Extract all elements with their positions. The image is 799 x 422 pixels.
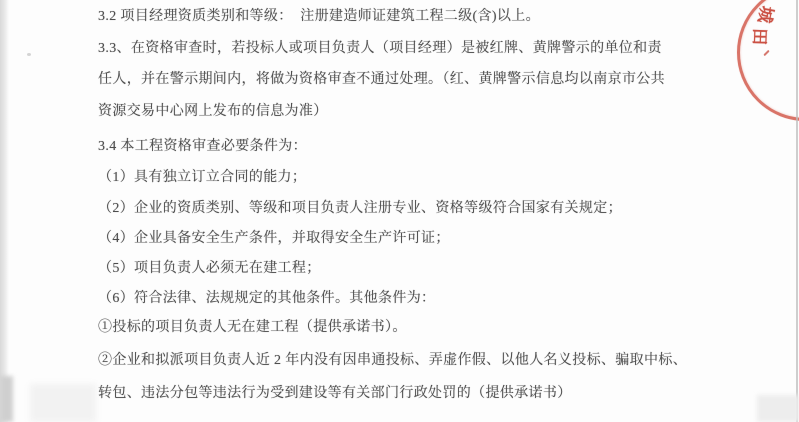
text-line: 3.4 本工程资格审查必要条件为： bbox=[98, 138, 307, 155]
scan-edge-right-line bbox=[796, 0, 798, 422]
text-line: ②企业和拟派项目负责人近 2 年内没有因串通投标、弄虚作假、以他人名义投标、骗取… bbox=[98, 352, 687, 369]
text-line: （2）企业的资质类别、等级和项目负责人注册专业、资格等级符合国家有关规定； bbox=[98, 200, 622, 217]
text-line: 3.2 项目经理资质类别和等级： 注册建造师证建筑工程二级(含)以上。 bbox=[98, 8, 540, 25]
scan-shadow-patch bbox=[30, 384, 96, 422]
scan-speck bbox=[27, 53, 31, 56]
text-line: 任人，并在警示期间内，将做为资格审查不通过处理。（红、黄牌警示信息均以南京市公共 bbox=[98, 71, 665, 88]
stamp-character: 田 bbox=[751, 28, 769, 46]
text-line: 3.3、在资格审查时，若投标人或项目负责人（项目经理）是被红牌、黄牌警示的单位和… bbox=[98, 40, 662, 57]
text-line: 资源交易中心网上发布的信息为准） bbox=[98, 103, 328, 120]
scan-corner-bottom-right bbox=[757, 395, 799, 422]
text-line: （5）项目负责人必须无在建工程； bbox=[98, 260, 321, 277]
text-line: ①投标的项目负责人无在建工程（提供承诺书）。 bbox=[98, 319, 407, 336]
text-line: （1）具有独立订立合同的能力； bbox=[98, 169, 306, 186]
text-line: （4）企业具备安全生产条件，并取得安全生产许可证； bbox=[98, 230, 450, 247]
stamp-character: 城 bbox=[756, 5, 776, 25]
scan-corner-bottom-left bbox=[0, 376, 13, 422]
text-line: 转包、违法分包等违法行为受到建设等有关部门行政处罚的（提供承诺书） bbox=[98, 385, 572, 402]
text-line: （6）符合法律、法规规定的其他条件。其他条件为： bbox=[98, 290, 435, 307]
scan-edge-left bbox=[0, 0, 9, 422]
